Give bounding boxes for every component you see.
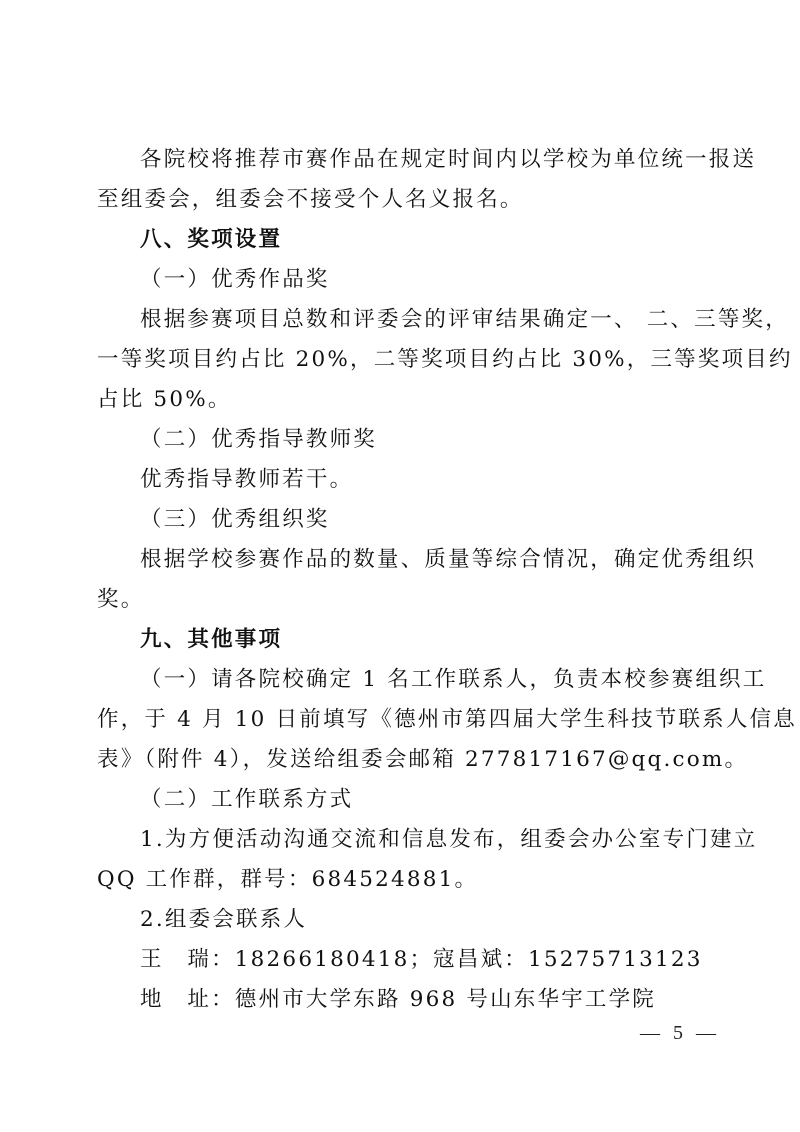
contact-address: 地 址：德州市大学东路 968 号山东华宇工学院 xyxy=(140,985,656,1015)
paragraph-contact-person-cont: 作，于 4 月 10 日前填写《德州市第四届大学生科技节联系人信息 xyxy=(97,705,797,735)
paragraph-contact-person: （一）请各院校确定 1 名工作联系人，负责本校参赛组织工 xyxy=(140,665,766,695)
paragraph-contact-email: 表》（附件 4），发送给组委会邮箱 277817167@qq.com。 xyxy=(97,745,748,775)
paragraph-submission-cont: 至组委会，组委会不接受个人名义报名。 xyxy=(97,185,524,215)
paragraph-teacher: 优秀指导教师若干。 xyxy=(140,465,353,495)
paragraph-award-ratio-end: 占比 50%。 xyxy=(97,385,232,415)
paragraph-qq-group-number: QQ 工作群，群号：684524881。 xyxy=(97,865,478,895)
paragraph-award-ratio: 根据参赛项目总数和评委会的评审结果确定一、 二、三等奖， xyxy=(140,305,789,335)
subheading-excellent-teacher: （二）优秀指导教师奖 xyxy=(140,425,377,455)
section-heading-awards: 八、奖项设置 xyxy=(140,225,282,255)
section-heading-other: 九、其他事项 xyxy=(140,625,282,655)
contact-phones: 王 瑞：18266180418；寇昌斌：15275713123 xyxy=(140,945,703,975)
subheading-committee-contacts: 2.组委会联系人 xyxy=(140,905,307,935)
paragraph-submission: 各院校将推荐市赛作品在规定时间内以学校为单位统一报送 xyxy=(140,145,756,175)
subheading-contact-method: （二）工作联系方式 xyxy=(140,785,353,815)
paragraph-award-ratio-cont: 一等奖项目约占比 20%，二等奖项目约占比 30%，三等奖项目约 xyxy=(97,345,793,375)
document-page: 各院校将推荐市赛作品在规定时间内以学校为单位统一报送 至组委会，组委会不接受个人… xyxy=(0,0,800,1132)
page-number: — 5 — xyxy=(640,1022,720,1045)
paragraph-qq-group: 1.为方便活动沟通交流和信息发布，组委会办公室专门建立 xyxy=(140,825,757,855)
paragraph-organization-end: 奖。 xyxy=(97,585,144,615)
subheading-excellent-works: （一）优秀作品奖 xyxy=(140,265,330,295)
paragraph-organization: 根据学校参赛作品的数量、质量等综合情况，确定优秀组织 xyxy=(140,545,756,575)
subheading-excellent-organization: （三）优秀组织奖 xyxy=(140,505,330,535)
